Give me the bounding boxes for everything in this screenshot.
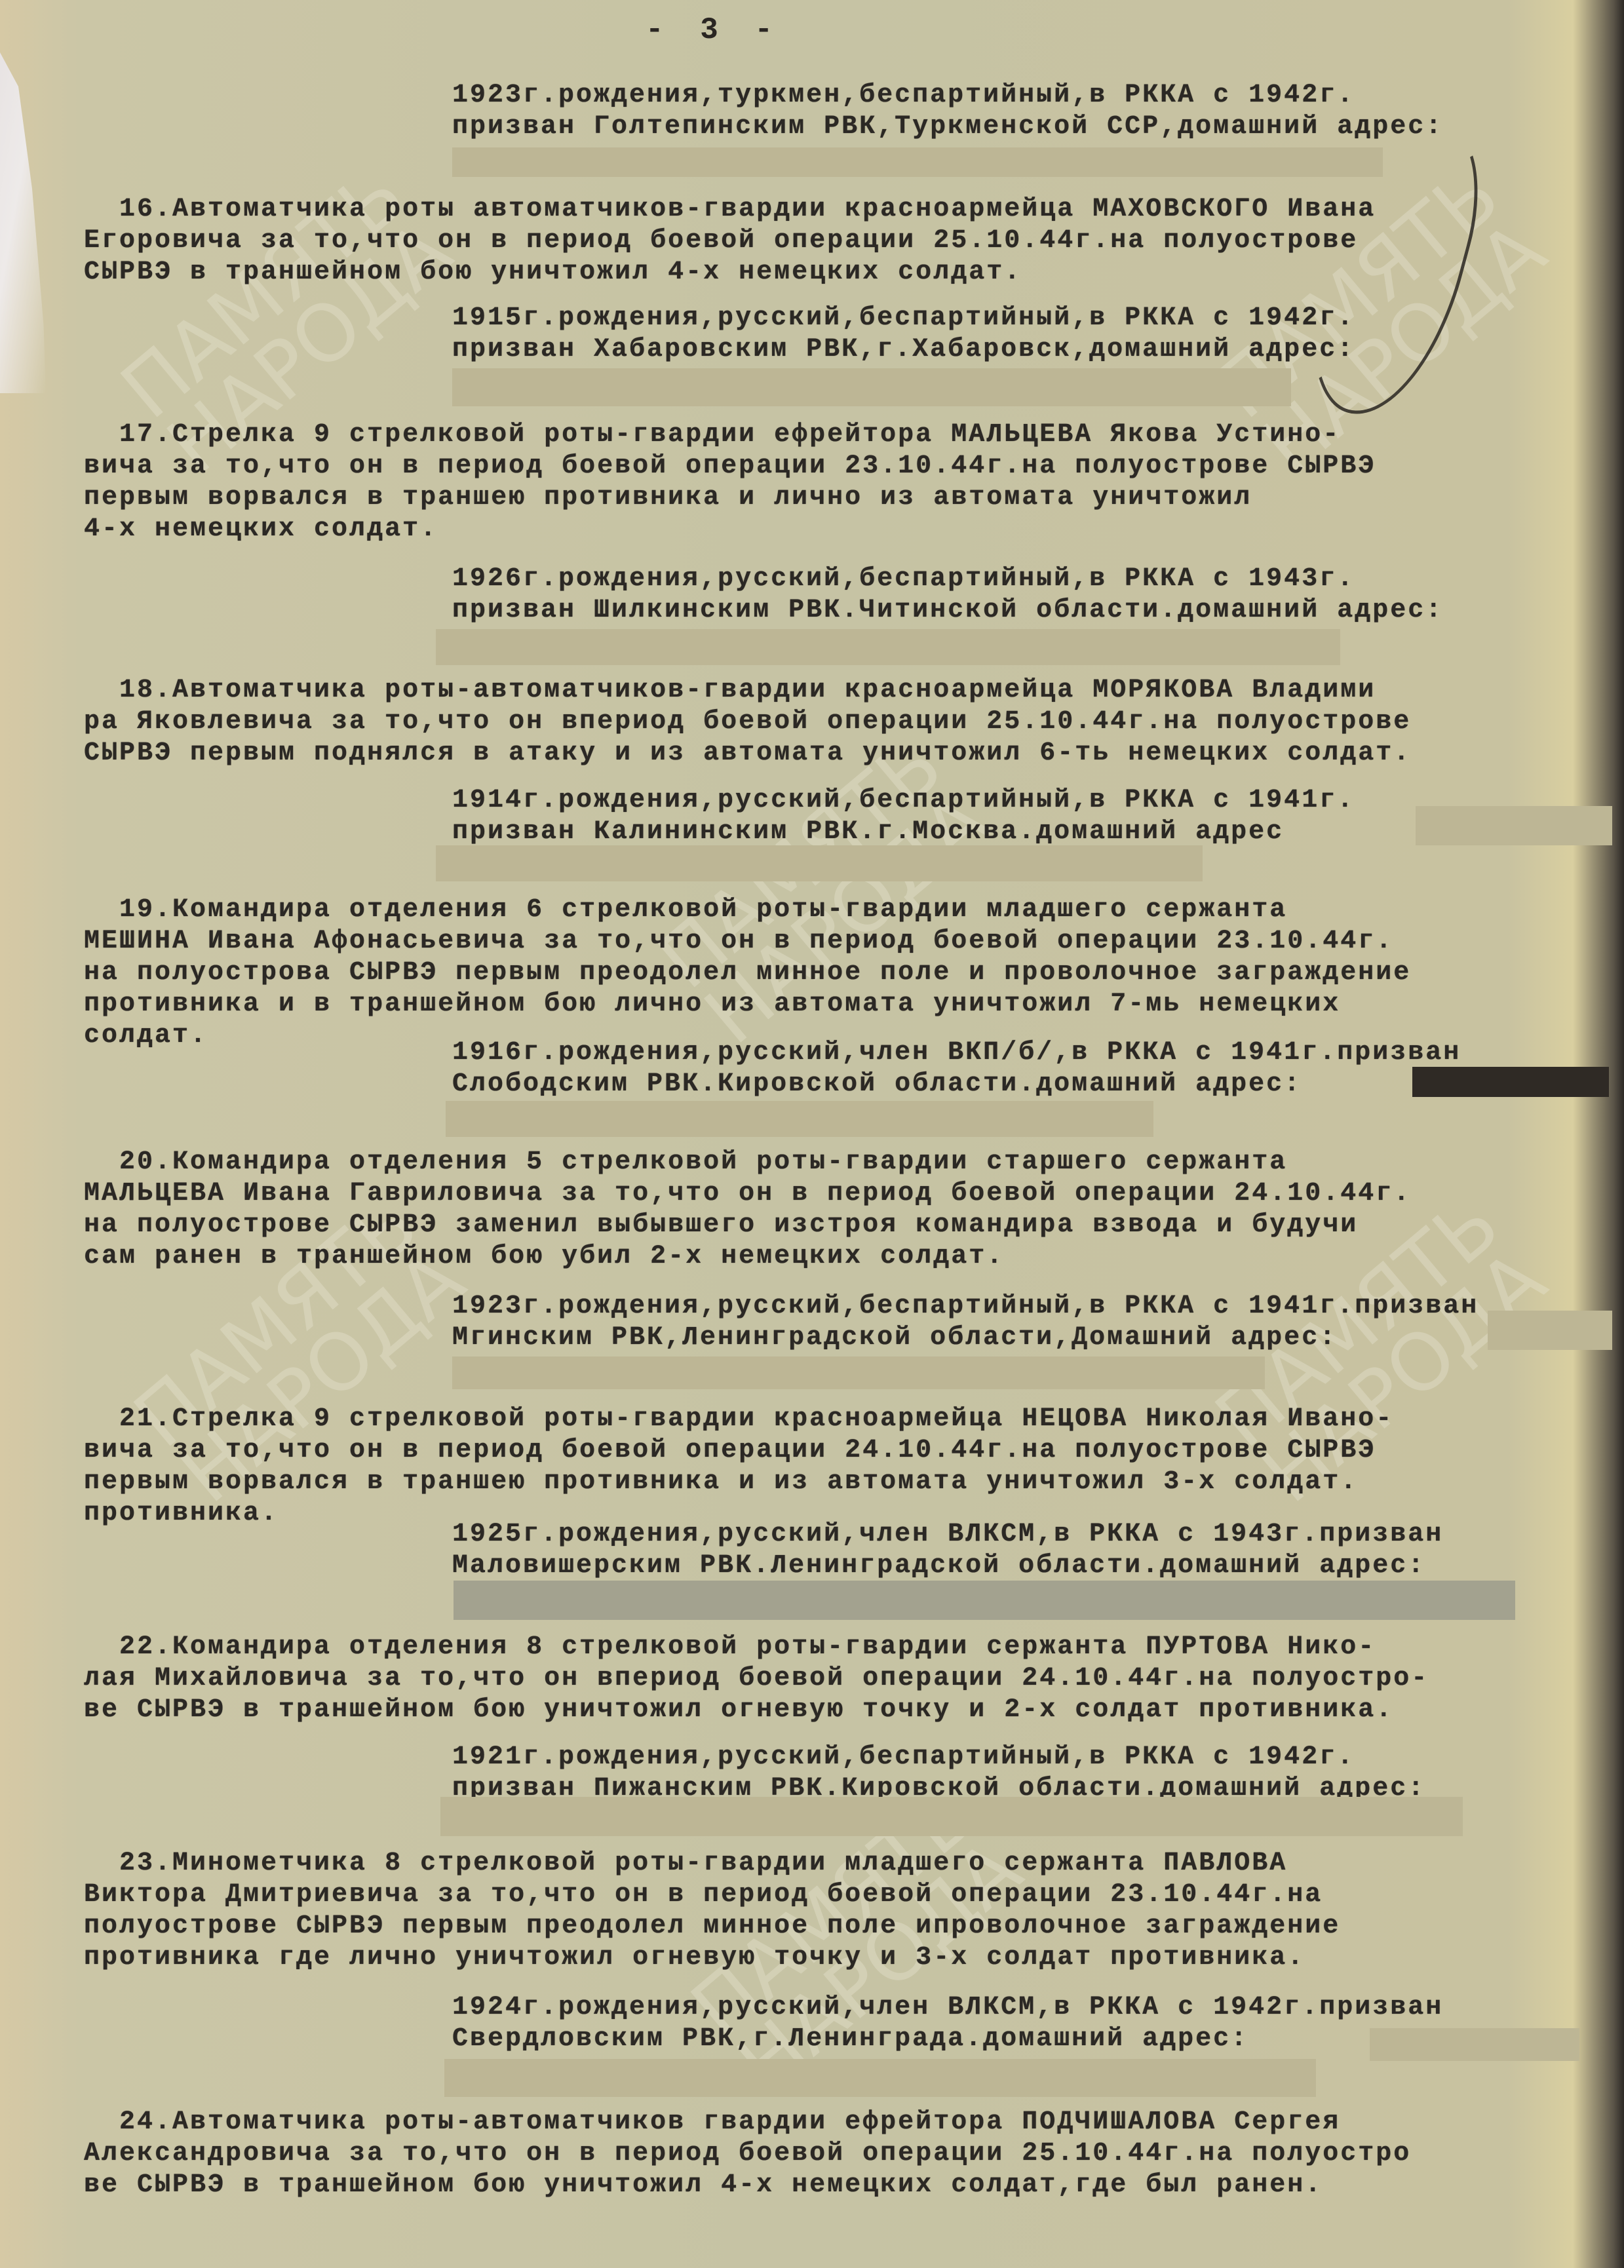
redacted-address: [454, 1581, 1515, 1620]
bio-line: 1914г.рождения,русский,беспартийный,в РК…: [452, 785, 1355, 817]
redacted-address: [446, 1101, 1153, 1137]
redacted-address: [452, 147, 1383, 177]
redacted-address: [452, 368, 1291, 406]
citation-line: 16.Автоматчика роты автоматчиков-гвардии…: [84, 194, 1376, 225]
torn-paper-edge: [0, 52, 46, 393]
citation-line: ве СЫРВЭ в траншейном бою уничтожил 4-х …: [84, 2170, 1323, 2201]
redacted-address: [1488, 1311, 1612, 1350]
citation-line: 20.Командира отделения 5 стрелковой роты…: [84, 1147, 1287, 1178]
redacted-address: [1416, 806, 1612, 845]
citation-line: ве СЫРВЭ в траншейном бою уничтожил огне…: [84, 1695, 1393, 1726]
citation-line: Егоровича за то,что он в период боевой о…: [84, 225, 1358, 257]
citation-line: сам ранен в траншейном бою убил 2-х неме…: [84, 1241, 1004, 1273]
citation-line: 24.Автоматчика роты-автоматчиков гвардии…: [84, 2107, 1340, 2138]
citation-line: вича за то,что он в период боевой операц…: [84, 451, 1376, 482]
bio-line: Слободским РВК.Кировской области.домашни…: [452, 1069, 1302, 1100]
bio-line: 1923г.рождения,русский,беспартийный,в РК…: [452, 1291, 1479, 1322]
citation-line: 19.Командира отделения 6 стрелковой роты…: [84, 894, 1287, 926]
bio-line: Свердловским РВК,г.Ленинграда.домашний а…: [452, 2024, 1248, 2055]
citation-line: полуострове СЫРВЭ первым преодолел минно…: [84, 1911, 1340, 1942]
redacted-address: [444, 2059, 1316, 2097]
bio-line: Маловишерским РВК.Ленинградской области.…: [452, 1550, 1425, 1582]
citation-line: МАЛЬЦЕВА Ивана Гавриловича за то,что он …: [84, 1178, 1411, 1210]
redacted-address: [1412, 1067, 1609, 1097]
bio-line: призван Хабаровским РВК,г.Хабаровск,дома…: [452, 334, 1355, 366]
bio-line: Мгинским РВК,Ленинградской области,Домаш…: [452, 1322, 1337, 1354]
citation-line: противника.: [84, 1498, 279, 1529]
citation-line: СЫРВЭ первым поднялся в атаку и из автом…: [84, 738, 1411, 769]
citation-line: 4-х немецких солдат.: [84, 514, 438, 545]
citation-line: Александровича за то,что он в период бое…: [84, 2138, 1411, 2170]
bio-line: 1924г.рождения,русский,член ВЛКСМ,в РККА…: [452, 1992, 1443, 2024]
citation-line: первым ворвался в траншею противника и и…: [84, 1467, 1358, 1498]
bio-line: 1916г.рождения,русский,член ВКП/б/,в РКК…: [452, 1037, 1461, 1069]
bio-line: призван Голтепинским РВК,Туркменской ССР…: [452, 111, 1443, 143]
redacted-address: [452, 1356, 1265, 1389]
citation-line: на полуострова СЫРВЭ первым преодолел ми…: [84, 957, 1411, 989]
citation-line: первым ворвался в траншею противника и л…: [84, 482, 1252, 514]
bio-line: 1915г.рождения,русский,беспартийный,в РК…: [452, 303, 1355, 334]
citation-line: 22.Командира отделения 8 стрелковой роты…: [84, 1632, 1376, 1663]
citation-line: лая Михайловича за то,что он впериод бое…: [84, 1663, 1429, 1695]
citation-line: 23.Минометчика 8 стрелковой роты-гвардии…: [84, 1848, 1287, 1879]
redacted-address: [436, 845, 1203, 881]
citation-line: 17.Стрелка 9 стрелковой роты-гвардии ефр…: [84, 419, 1340, 451]
bio-line: призван Калининским РВК.г.Москва.домашни…: [452, 817, 1284, 848]
bio-line: призван Шилкинским РВК.Читинской области…: [452, 595, 1443, 626]
citation-line: солдат.: [84, 1020, 208, 1052]
citation-line: противника где лично уничтожил огневую т…: [84, 1942, 1305, 1974]
bio-line: 1921г.рождения,русский,беспартийный,в РК…: [452, 1742, 1355, 1773]
bio-line: 1926г.рождения,русский,беспартийный,в РК…: [452, 564, 1355, 595]
citation-line: вича за то,что он в период боевой операц…: [84, 1435, 1376, 1467]
redacted-address: [436, 629, 1340, 665]
citation-line: СЫРВЭ в траншейном бою уничтожил 4-х нем…: [84, 257, 1022, 288]
redacted-address: [1370, 2028, 1579, 2061]
citation-line: 18.Автоматчика роты-автоматчиков-гвардии…: [84, 675, 1376, 706]
citation-line: Виктора Дмитриевича за то,что он в перио…: [84, 1879, 1323, 1911]
citation-line: ра Яковлевича за то,что он впериод боево…: [84, 706, 1411, 738]
citation-line: 21.Стрелка 9 стрелковой роты-гвардии кра…: [84, 1404, 1393, 1435]
citation-line: на полуострове СЫРВЭ заменил выбывшего и…: [84, 1210, 1358, 1241]
bio-line: 1923г.рождения,туркмен,беспартийный,в РК…: [452, 80, 1355, 111]
citation-line: МЕШИНА Ивана Афонасьевича за то,что он в…: [84, 926, 1393, 957]
page-number: - 3 -: [646, 13, 782, 47]
redacted-address: [440, 1797, 1463, 1836]
citation-line: противника и в траншейном бою лично из а…: [84, 989, 1340, 1020]
document-page: { "page": { "number": "- 3 -", "watermar…: [0, 0, 1624, 2268]
bio-line: 1925г.рождения,русский,член ВЛКСМ,в РККА…: [452, 1519, 1443, 1550]
